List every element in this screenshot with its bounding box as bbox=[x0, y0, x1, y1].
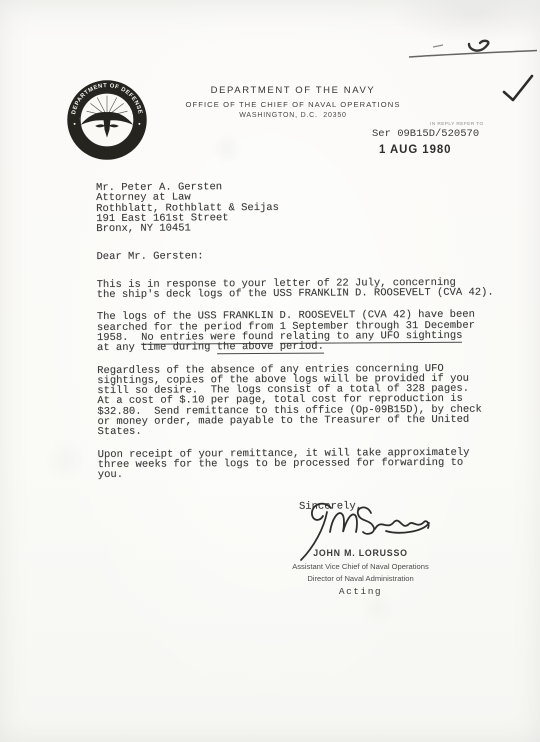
letter-paragraph: Upon receipt of your remittance, it will… bbox=[98, 447, 518, 480]
pen-checkmark-icon bbox=[501, 73, 535, 105]
date-stamp: 1 AUG 1980 bbox=[379, 142, 451, 156]
scanned-letter-page: DEPARTMENT OF DEFENSE UNITED STATES OF A… bbox=[0, 0, 540, 742]
letter-paragraphs: This is in response to your letter of 22… bbox=[97, 277, 518, 480]
in-reply-refer-label: IN REPLY REFER TO bbox=[430, 122, 484, 127]
letter-paragraph: The logs of the USS FRANKLIN D. ROOSEVEL… bbox=[97, 310, 517, 354]
salutation: Dear Mr. Gersten: bbox=[96, 250, 516, 263]
letter-body: Mr. Peter A. Gersten Attorney at Law Rot… bbox=[96, 180, 518, 512]
signer-title-2: Director of Naval Administration bbox=[243, 574, 478, 583]
underlined-text: the above period. bbox=[217, 341, 324, 355]
letterhead-address: WASHINGTON, D.C. 20350 bbox=[160, 112, 426, 119]
serial-number: Ser 09B15D/520570 bbox=[372, 128, 479, 140]
signer-title-1: Assistant Vice Chief of Naval Operations bbox=[243, 562, 478, 571]
pen-scribble-icon bbox=[403, 27, 540, 65]
recipient-city: Bronx, NY 10451 bbox=[96, 222, 516, 235]
letter-paragraph: Regardless of the absence of any entries… bbox=[97, 363, 517, 438]
signature-block: JOHN M. LORUSSO Assistant Vice Chief of … bbox=[243, 548, 478, 597]
letter-paragraph: This is in response to your letter of 22… bbox=[97, 277, 517, 300]
letterhead: DEPARTMENT OF THE NAVY OFFICE OF THE CHI… bbox=[160, 85, 426, 119]
department-of-defense-seal-icon: DEPARTMENT OF DEFENSE UNITED STATES OF A… bbox=[66, 79, 148, 161]
recipient-address: Mr. Peter A. Gersten Attorney at Law Rot… bbox=[96, 180, 516, 234]
letterhead-agency: DEPARTMENT OF THE NAVY bbox=[160, 85, 426, 96]
signer-name: JOHN M. LORUSSO bbox=[243, 548, 478, 558]
letterhead-office: OFFICE OF THE CHIEF OF NAVAL OPERATIONS bbox=[160, 100, 426, 109]
signer-title-3: Acting bbox=[243, 586, 478, 597]
